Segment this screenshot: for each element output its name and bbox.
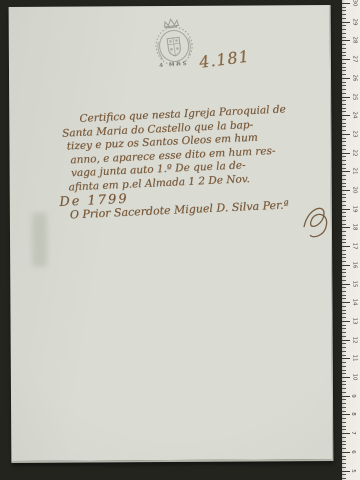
ruler-tick-cm: [342, 134, 350, 135]
ruler-tick-minor: [342, 362, 346, 363]
ruler-tick-minor: [342, 85, 346, 86]
ruler-tick-minor: [342, 325, 346, 326]
ruler-tick-minor: [342, 7, 346, 8]
ruler-number: 5: [350, 469, 356, 473]
ruler-tick-minor: [342, 355, 346, 356]
ruler-tick-minor: [342, 33, 346, 34]
paper-stain: [32, 213, 47, 267]
ruler-tick-minor: [342, 52, 346, 53]
ruler-tick-minor: [342, 235, 346, 236]
ruler-tick-minor: [342, 93, 346, 94]
ruler-tick-minor: [342, 467, 346, 468]
ruler-tick-minor: [342, 310, 346, 311]
ruler-tick-minor: [342, 44, 346, 45]
ruler-number: 12: [352, 336, 358, 343]
ruler-tick-minor: [342, 100, 346, 101]
ruler-tick-minor: [342, 474, 346, 475]
ruler-tick-minor: [342, 298, 346, 299]
ruler-tick-minor: [342, 328, 346, 329]
ruler-tick-minor: [342, 74, 346, 75]
ruler-tick-minor: [342, 418, 346, 419]
ruler-tick-minor: [342, 366, 346, 367]
ruler-tick-minor: [342, 370, 346, 371]
scan-background: 4 MRS 4.181 Certifico que nesta Igreja P…: [0, 0, 360, 480]
ruler-number: 27: [352, 56, 358, 63]
ruler-tick-minor: [342, 123, 346, 124]
ruler-tick-minor: [342, 254, 346, 255]
ruler-tick-minor: [342, 306, 346, 307]
ruler-tick-minor: [342, 186, 346, 187]
ruler-number: 8: [350, 413, 356, 417]
ruler-tick-minor: [342, 130, 346, 131]
ruler-number: 18: [352, 224, 358, 231]
manuscript-text: Certifico que nesta Igreja Paroquial de …: [55, 102, 322, 223]
ruler-number: 20: [352, 187, 358, 194]
ruler-tick-minor: [342, 183, 346, 184]
ruler-tick-minor: [342, 194, 346, 195]
ruler-tick-cm: [342, 153, 350, 154]
ruler-number: 24: [352, 112, 358, 119]
ruler-tick-cm: [342, 171, 350, 172]
ruler-number: 28: [352, 37, 358, 44]
ruler-tick-minor: [342, 336, 346, 337]
ruler-tick-minor: [342, 317, 346, 318]
ruler-tick-minor: [342, 388, 346, 389]
ruler-tick-cm: [342, 246, 350, 247]
ruler-number: 16: [352, 261, 358, 268]
ruler-tick-minor: [342, 261, 346, 262]
ruler-tick-minor: [342, 441, 346, 442]
ruler-tick-minor: [342, 63, 346, 64]
ruler-tick-minor: [342, 347, 346, 348]
ruler-tick-minor: [342, 145, 346, 146]
ruler-tick-minor: [342, 149, 346, 150]
ruler-tick-minor: [342, 250, 346, 251]
ruler-number: 15: [352, 280, 358, 287]
ruler-tick-minor: [342, 55, 346, 56]
ruler-tick-minor: [342, 429, 346, 430]
ruler-tick-cm: [342, 115, 350, 116]
ruler-tick-minor: [342, 313, 346, 314]
ruler-tick-minor: [342, 156, 346, 157]
ruler-tick-minor: [342, 287, 346, 288]
ruler-tick-minor: [342, 257, 346, 258]
ruler-number: 17: [352, 243, 358, 250]
ruler-tick-minor: [342, 276, 346, 277]
ruler-tick-cm: [342, 377, 350, 378]
ruler-tick-minor: [342, 384, 346, 385]
ruler-tick-minor: [342, 373, 346, 374]
ruler-number: 22: [352, 149, 358, 156]
ruler-tick-minor: [342, 14, 346, 15]
ruler-tick-cm: [342, 3, 350, 4]
ruler-tick-minor: [342, 212, 346, 213]
ruler-number: 9: [350, 394, 356, 398]
manuscript-paper: 4 MRS 4.181 Certifico que nesta Igreja P…: [9, 5, 334, 463]
ruler-number: 13: [352, 317, 358, 324]
ruler-tick-minor: [342, 220, 346, 221]
ruler-tick-minor: [342, 295, 346, 296]
ruler-tick-cm: [342, 340, 350, 341]
ruler-tick-cm: [342, 40, 350, 41]
ruler-tick-minor: [342, 448, 346, 449]
ruler-tick-minor: [342, 201, 346, 202]
ruler-tick-minor: [342, 407, 346, 408]
ruler-tick-minor: [342, 242, 346, 243]
ruler-tick-minor: [342, 224, 346, 225]
ruler-tick-minor: [342, 459, 346, 460]
ruler-tick-cm: [342, 358, 350, 359]
ruler-tick-minor: [342, 37, 346, 38]
ruler-tick-minor: [342, 280, 346, 281]
ruler-tick-minor: [342, 82, 346, 83]
ruler-tick-minor: [342, 108, 346, 109]
ruler-number: 19: [352, 205, 358, 212]
ruler-number: 26: [352, 74, 358, 81]
ruler-number: 6: [350, 450, 356, 454]
ruler-tick-minor: [342, 141, 346, 142]
ruler-tick-minor: [342, 272, 346, 273]
ruler-tick-cm: [342, 284, 350, 285]
ruler-tick-minor: [342, 399, 346, 400]
ruler-tick-cm: [342, 59, 350, 60]
ruler-tick-minor: [342, 111, 346, 112]
ruler-tick-cm: [342, 97, 350, 98]
ruler-tick-minor: [342, 164, 346, 165]
ruler-tick-minor: [342, 463, 346, 464]
ruler-tick-minor: [342, 119, 346, 120]
ruler-tick-minor: [342, 89, 346, 90]
ruler-tick-minor: [342, 291, 346, 292]
ruler-tick-minor: [342, 179, 346, 180]
ruler-tick-minor: [342, 18, 346, 19]
ruler-tick-minor: [342, 29, 346, 30]
ruler-tick-cm: [342, 302, 350, 303]
ruler-tick-minor: [342, 67, 346, 68]
ruler-tick-minor: [342, 197, 346, 198]
ruler-tick-cm: [342, 78, 350, 79]
signature-flourish-icon: [300, 201, 336, 243]
ruler-tick-minor: [342, 269, 346, 270]
ruler-number: 30: [352, 0, 358, 7]
ruler-tick-minor: [342, 138, 346, 139]
ruler-tick-minor: [342, 381, 346, 382]
ruler-tick-minor: [342, 48, 346, 49]
ruler-tick-minor: [342, 437, 346, 438]
ruler-tick-minor: [342, 478, 346, 479]
ruler-tick-minor: [342, 332, 346, 333]
ruler-number: 10: [352, 374, 358, 381]
ruler-number: 7: [350, 431, 356, 435]
ruler-number: 23: [352, 130, 358, 137]
ruler-tick-minor: [342, 411, 346, 412]
ruler-number: 11: [352, 355, 358, 362]
measurement-ruler: 3029282726252423222120191817161514131211…: [342, 0, 360, 480]
ruler-number: 25: [352, 93, 358, 100]
ruler-tick-minor: [342, 456, 346, 457]
ruler-number: 29: [352, 18, 358, 25]
ruler-tick-cm: [342, 321, 350, 322]
ruler-tick-minor: [342, 160, 346, 161]
ruler-number: 21: [352, 168, 358, 175]
ruler-tick-minor: [342, 392, 346, 393]
ruler-tick-minor: [342, 239, 346, 240]
ruler-tick-minor: [342, 10, 346, 11]
document-number: 4.181: [198, 46, 251, 71]
ruler-number: 14: [352, 299, 358, 306]
ruler-tick-minor: [342, 403, 346, 404]
ruler-tick-cm: [342, 190, 350, 191]
ruler-tick-minor: [342, 351, 346, 352]
ruler-tick-minor: [342, 231, 346, 232]
ruler-tick-minor: [342, 25, 346, 26]
ruler-tick-minor: [342, 168, 346, 169]
ruler-tick-minor: [342, 426, 346, 427]
ruler-tick-minor: [342, 343, 346, 344]
ruler-tick-cm: [342, 209, 350, 210]
ruler-tick-minor: [342, 104, 346, 105]
ruler-tick-minor: [342, 70, 346, 71]
ruler-tick-minor: [342, 444, 346, 445]
ruler-tick-cm: [342, 265, 350, 266]
ruler-tick-minor: [342, 175, 346, 176]
ruler-tick-cm: [342, 227, 350, 228]
ruler-tick-minor: [342, 216, 346, 217]
ruler-tick-minor: [342, 422, 346, 423]
ruler-tick-cm: [342, 22, 350, 23]
ruler-tick-minor: [342, 126, 346, 127]
ruler-tick-minor: [342, 205, 346, 206]
